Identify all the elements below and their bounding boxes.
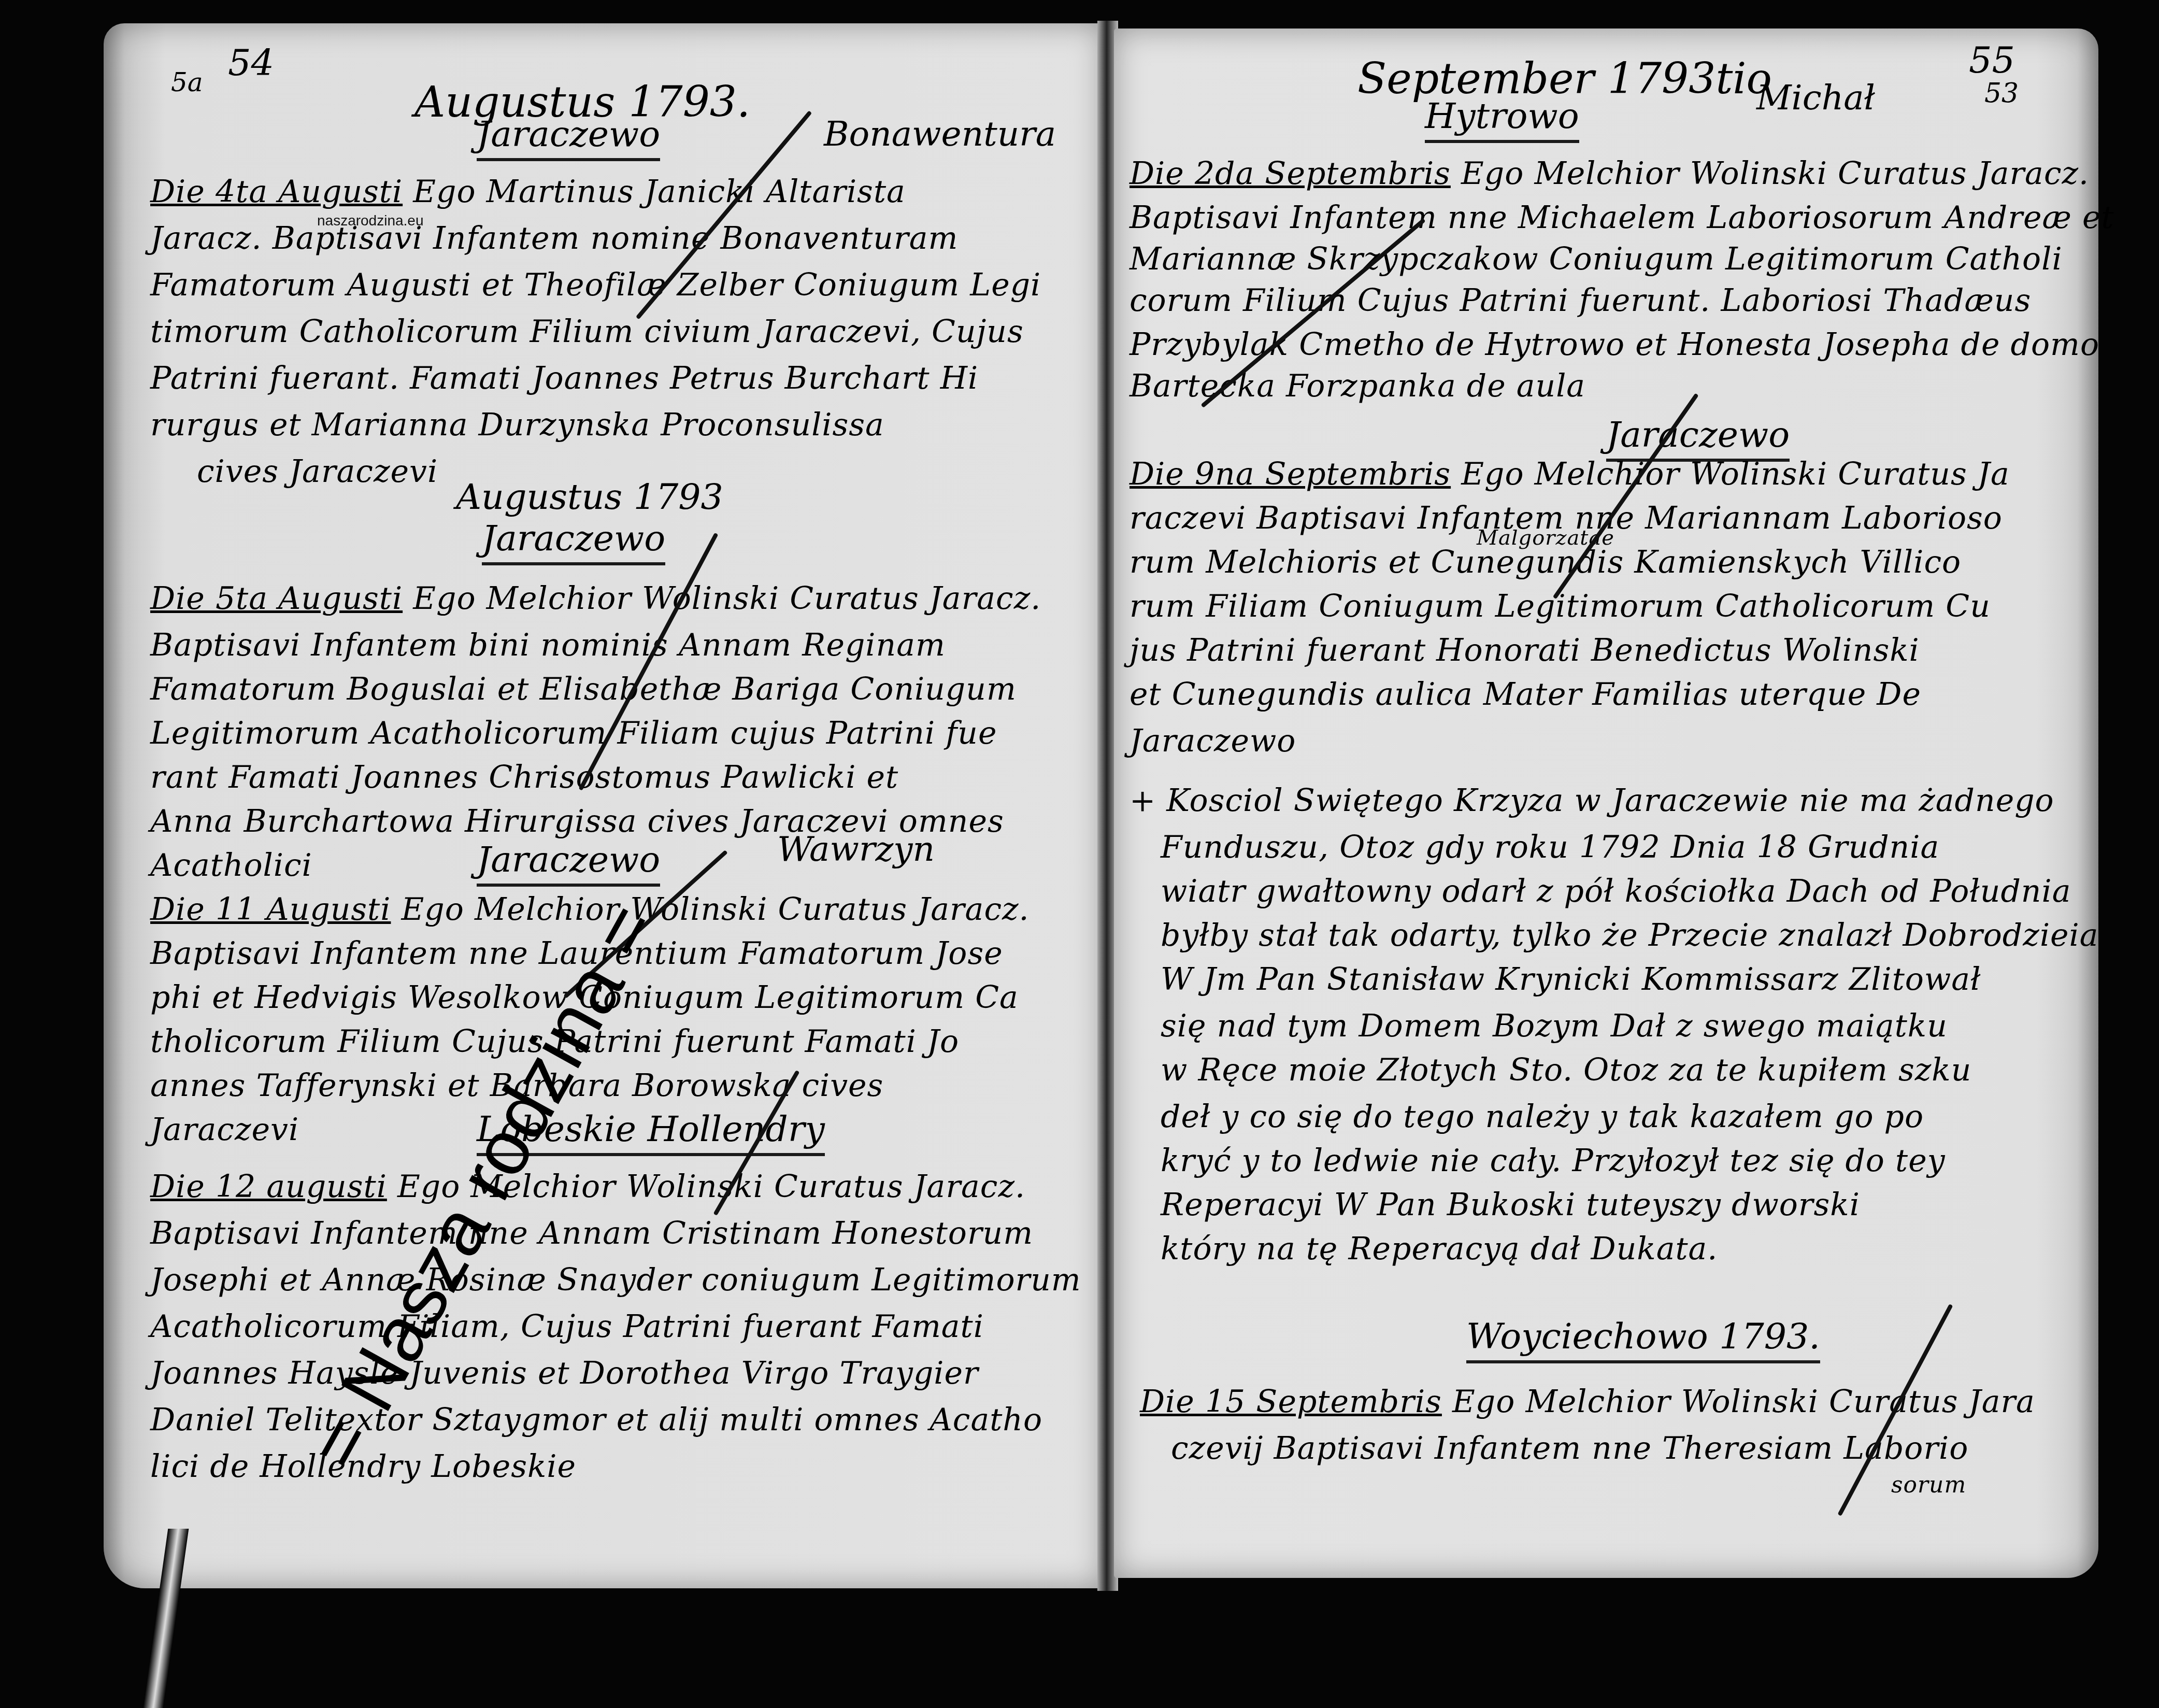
note-line: deł y co się do tego należy y tak kazałe… [1161,1099,1924,1135]
record-line: Jaraczewo [1129,723,1296,759]
page-number-old: 53 [1984,78,2019,109]
record-line: Jaraczevi [150,1112,299,1148]
record-line: Acatholici [150,847,312,884]
section-heading: Augustus 1793 [456,477,723,518]
place-name: Woyciechowo 1793. [1466,1316,1820,1363]
record-line: cives Jaraczevi [197,453,438,490]
note-line: który na tę Reperacyą dał Dukata. [1161,1231,1718,1267]
record-line: rurgus et Marianna Durzynska Proconsulis… [150,407,884,443]
record-line: Josephi et Annæ Rosinæ Snayder coniugum … [150,1262,1081,1298]
record-line: Legitimorum Acatholicorum Filiam cujus P… [150,715,997,751]
record-line: Famatorum Boguslai et Elisabethæ Bariga … [150,671,1017,707]
record-line: Baptisavi Infantem nne Annam Cristinam H… [150,1215,1033,1251]
record-line: Die 5ta Augusti Ego Melchior Wolinski Cu… [150,580,1041,617]
place-name: Jaraczewo [477,114,660,161]
record-line: Patrini fuerant. Famati Joannes Petrus B… [150,360,978,396]
note-line: Reperacyi W Pan Bukoski tuteyszy dworski [1161,1187,1860,1223]
record-line: Famatorum Augusti et Theofilæ Zelber Con… [150,267,1041,303]
record-line: Die 2da Septembris Ego Melchior Wolinski… [1129,155,2089,192]
margin-given-name: Wawrzyn [777,829,935,869]
record-line: Joannes Haysle Juvenis et Dorothea Virgo… [150,1355,979,1391]
record-line: Die 9na Septembris Ego Melchior Wolinski… [1129,456,2010,492]
record-line: jus Patrini fuerant Honorati Benedictus … [1129,632,1920,668]
margin-given-name: Michał [1756,78,1875,118]
place-name: Jaraczewo [482,518,665,565]
place-name: Jaraczewo [1606,415,1790,462]
record-line: Acatholicorum Filiam, Cujus Patrini fuer… [150,1308,984,1345]
record-line: Baptisavi Infantem bini nominis Annam Re… [150,627,946,663]
record-line: Die 12 augusti Ego Melchior Wolinski Cur… [150,1169,1025,1205]
record-line: Die 4ta Augusti Ego Martinus Janicki Alt… [150,174,906,210]
record-line: czevij Baptisavi Infantem nne Theresiam … [1171,1430,1968,1467]
record-line: corum Filium Cujus Patrini fuerunt. Labo… [1129,282,2031,319]
note-line: się nad tym Domem Bozym Dał z swego maią… [1161,1008,1948,1044]
note-line: W Jm Pan Stanisław Krynicki Kommissarz Z… [1161,961,1981,998]
note-line: kryć y to ledwie nie cały. Przyłozył tez… [1161,1143,1946,1179]
note-line: Funduszu, Otoz gdy roku 1792 Dnia 18 Gru… [1161,829,1939,865]
record-line: rant Famati Joannes Chrisostomus Pawlick… [150,759,898,795]
page-number: 54 [228,41,274,84]
record-line: timorum Catholicorum Filium civium Jarac… [150,314,1024,350]
margin-given-name: Bonawentura [824,114,1056,154]
record-line: Daniel Telitextor Sztaygmor et alij mult… [150,1402,1042,1438]
watermark-site: naszarodzina.eu [317,212,423,229]
page-number-old: 5a [171,67,203,97]
note-line: + Kosciol Swiętego Krzyza w Jaraczewie n… [1129,782,2054,819]
page-number: 55 [1969,39,2015,81]
record-line: rum Melchioris et Cunegundis Kamienskych… [1129,544,1961,580]
record-line: rum Filiam Coniugum Legitimorum Catholic… [1129,588,1991,624]
record-line: Baptisavi Infantem nne Michaelem Laborio… [1129,200,2114,236]
place-name: Jaraczewo [477,839,660,887]
record-line: et Cunegundis aulica Mater Familias uter… [1129,676,1921,713]
note-line: w Ręce moie Złotych Sto. Otoz za te kupi… [1161,1052,1971,1088]
note-line: byłby stał tak odarty, tylko że Przecie … [1161,917,2099,953]
record-line: Jaracz. Baptisavi Infantem nomine Bonave… [150,220,958,257]
place-name: Hytrowo [1425,96,1579,143]
record-line: Bartecka Forzpanka de aula [1129,368,1585,404]
record-line: Mariannæ Skrzypczakow Coniugum Legitimor… [1129,241,2063,277]
note-line: wiatr gwałtowny odarł z pół kościołka Da… [1161,873,2071,909]
record-line: sorum [1891,1472,1966,1498]
